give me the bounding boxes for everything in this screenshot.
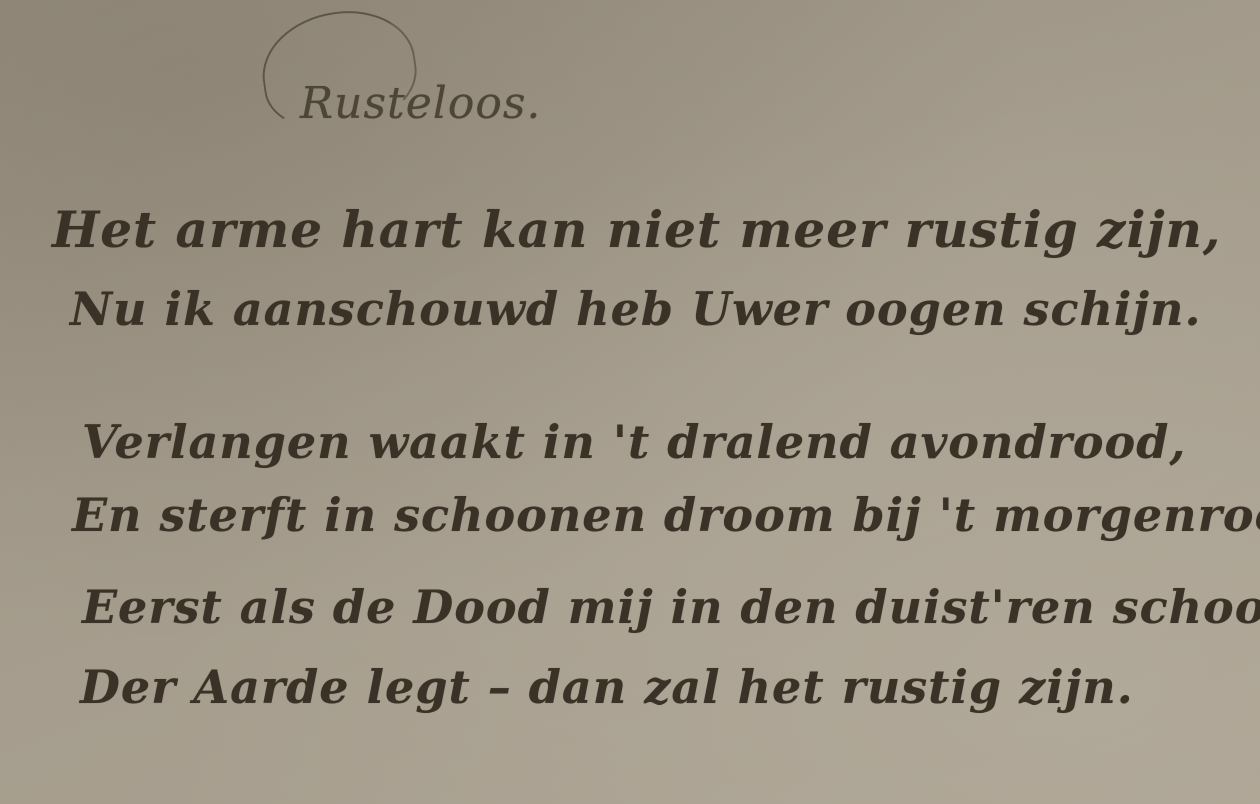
poem-line: En sterft in schoonen droom bij 't morge… — [72, 488, 1260, 542]
poem-line: Het arme hart kan niet meer rustig zijn, — [52, 200, 1221, 259]
poem-line: Eerst als de Dood mij in den duist'ren s… — [82, 580, 1260, 634]
poem-line: Nu ik aanschouwd heb Uwer oogen schijn. — [70, 282, 1201, 336]
poem-line: Verlangen waakt in 't dralend avondrood, — [82, 415, 1186, 469]
poem-line: Der Aarde legt – dan zal het rustig zijn… — [80, 660, 1134, 714]
handwritten-page: Rusteloos. Het arme hart kan niet meer r… — [0, 0, 1260, 804]
poem-title: Rusteloos. — [300, 78, 541, 129]
